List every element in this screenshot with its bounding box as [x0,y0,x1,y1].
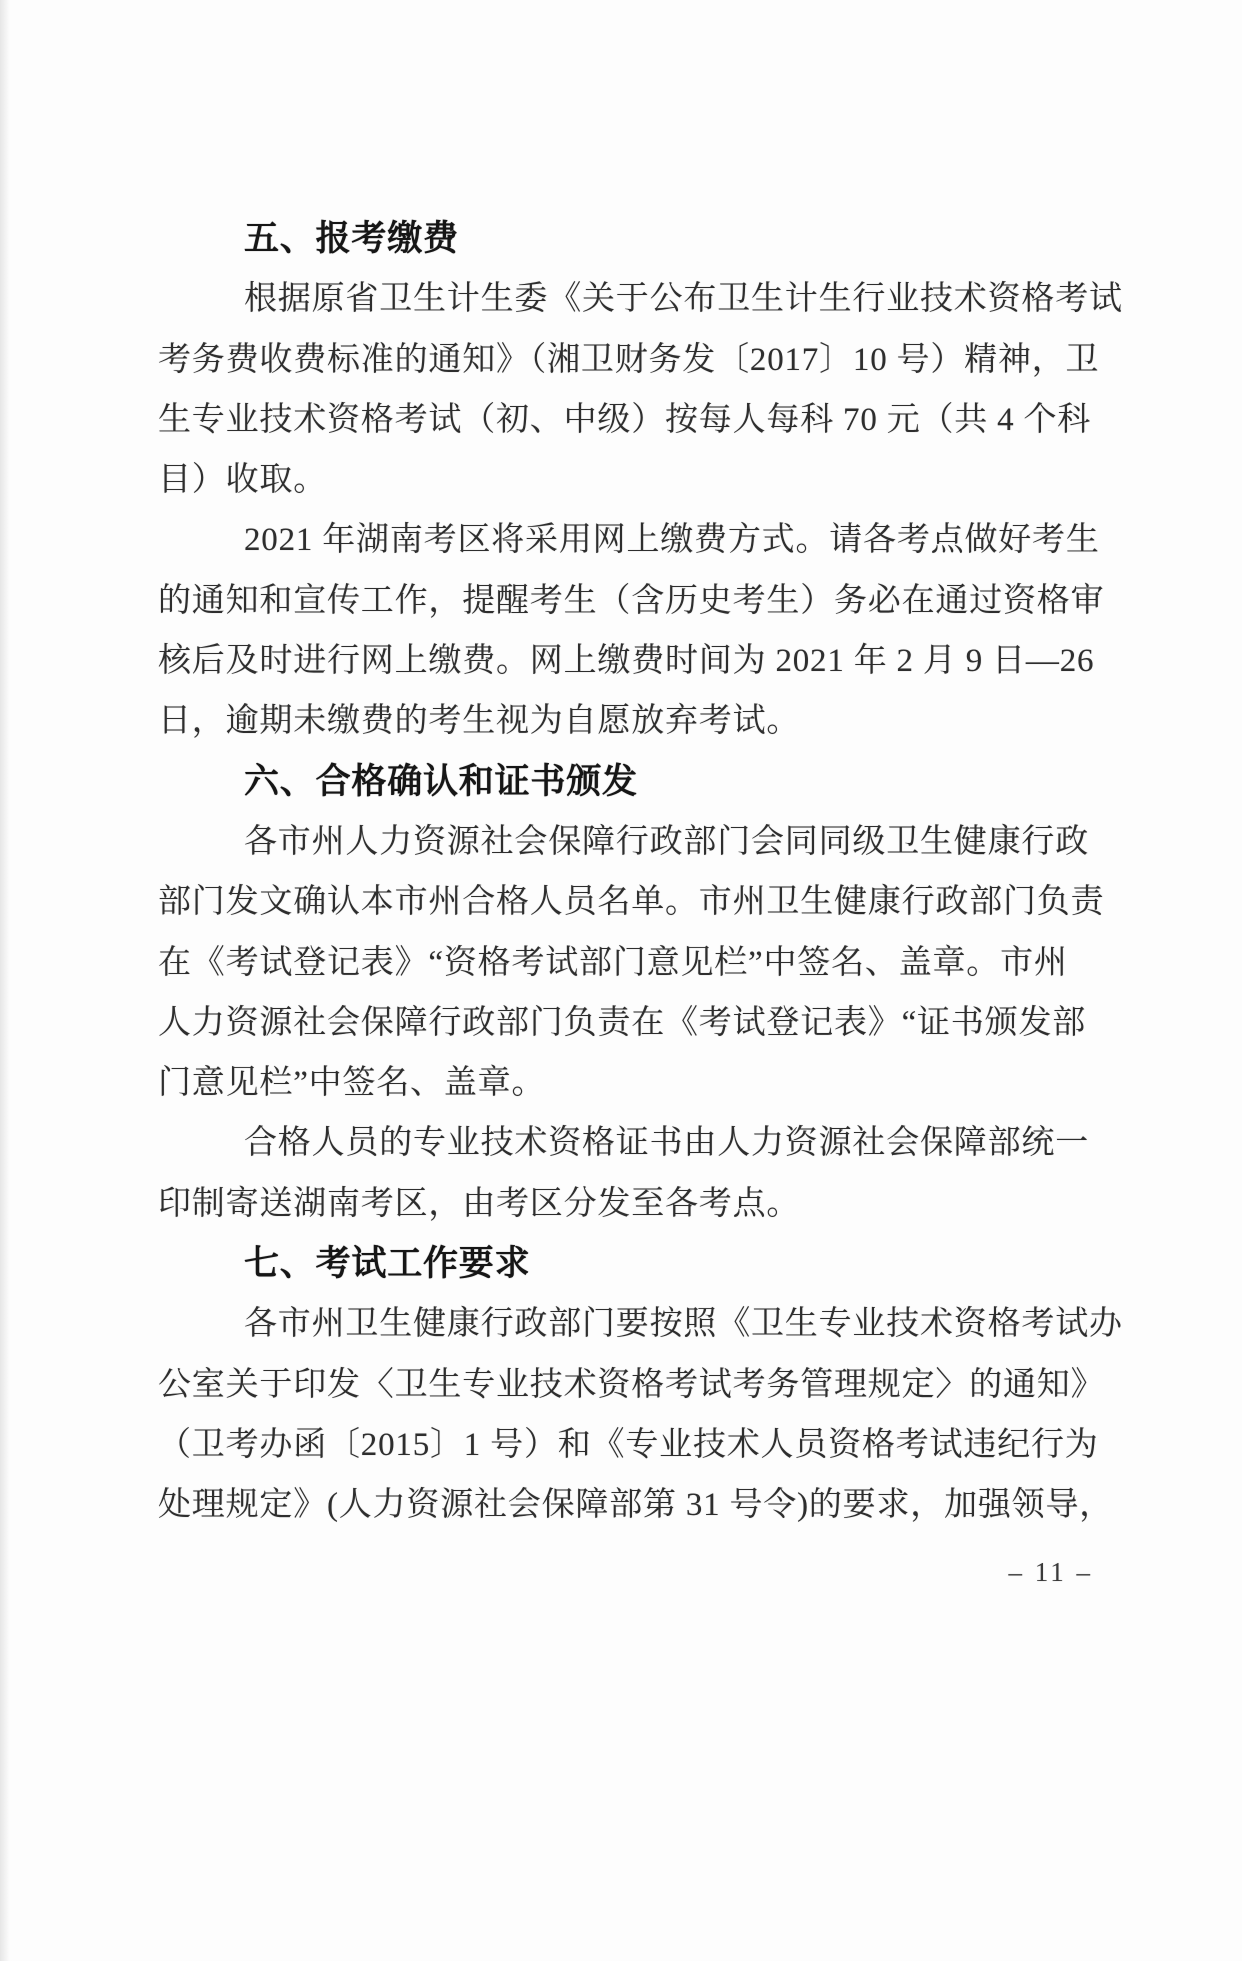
text-line: （卫考办函〔2015〕1 号）和《专业技术人员资格考试违纪行为 [158,1415,1102,1475]
text-line: 门意见栏”中签名、盖章。 [158,1053,1102,1113]
text-line: 部门发文确认本市州合格人员名单。市州卫生健康行政部门负责 [158,872,1102,932]
text-line: 日，逾期未缴费的考生视为自愿放弃考试。 [158,691,1102,751]
text-line: 各市州人力资源社会保障行政部门会同同级卫生健康行政 [158,812,1102,872]
paragraph: 各市州人力资源社会保障行政部门会同同级卫生健康行政 部门发文确认本市州合格人员名… [158,812,1102,1113]
text-line: 考务费收费标准的通知》（湘卫财务发〔2017〕10 号）精神，卫 [158,330,1102,390]
section-heading-certificate-issuance: 六、合格确认和证书颁发 [158,752,1102,812]
text-line: 的通知和宣传工作，提醒考生（含历史考生）务必在通过资格审 [158,571,1102,631]
text-line: 目）收取。 [158,450,1102,510]
paragraph: 2021 年湖南考区将采用网上缴费方式。请各考点做好考生 的通知和宣传工作，提醒… [158,510,1102,751]
text-line: 合格人员的专业技术资格证书由人力资源社会保障部统一 [158,1113,1102,1173]
text-line: 处理规定》(人力资源社会保障部第 31 号令)的要求，加强领导， [158,1475,1102,1535]
text-line: 核后及时进行网上缴费。网上缴费时间为 2021 年 2 月 9 日—26 [158,631,1102,691]
document-body: 五、报考缴费 根据原省卫生计生委《关于公布卫生计生行业技术资格考试 考务费收费标… [158,209,1102,1536]
text-line: 生专业技术资格考试（初、中级）按每人每科 70 元（共 4 个科 [158,390,1102,450]
text-line: 2021 年湖南考区将采用网上缴费方式。请各考点做好考生 [158,510,1102,570]
paragraph: 合格人员的专业技术资格证书由人力资源社会保障部统一 印制寄送湖南考区，由考区分发… [158,1113,1102,1234]
text-line: 根据原省卫生计生委《关于公布卫生计生行业技术资格考试 [158,269,1102,329]
text-line: 各市州卫生健康行政部门要按照《卫生专业技术资格考试办 [158,1294,1102,1354]
paragraph: 各市州卫生健康行政部门要按照《卫生专业技术资格考试办 公室关于印发〈卫生专业技术… [158,1294,1102,1535]
scan-edge-shadow [0,0,10,1961]
text-line: 印制寄送湖南考区，由考区分发至各考点。 [158,1174,1102,1234]
section-heading-exam-work-requirements: 七、考试工作要求 [158,1234,1102,1294]
text-line: 在《考试登记表》“资格考试部门意见栏”中签名、盖章。市州 [158,933,1102,993]
page-number: – 11 – [1009,1552,1094,1592]
text-line: 人力资源社会保障行政部门负责在《考试登记表》“证书颁发部 [158,993,1102,1053]
text-line: 公室关于印发〈卫生专业技术资格考试考务管理规定〉的通知》 [158,1355,1102,1415]
paragraph: 根据原省卫生计生委《关于公布卫生计生行业技术资格考试 考务费收费标准的通知》（湘… [158,269,1102,510]
section-heading-fee-payment: 五、报考缴费 [158,209,1102,269]
scanned-document-page: 五、报考缴费 根据原省卫生计生委《关于公布卫生计生行业技术资格考试 考务费收费标… [0,0,1242,1961]
